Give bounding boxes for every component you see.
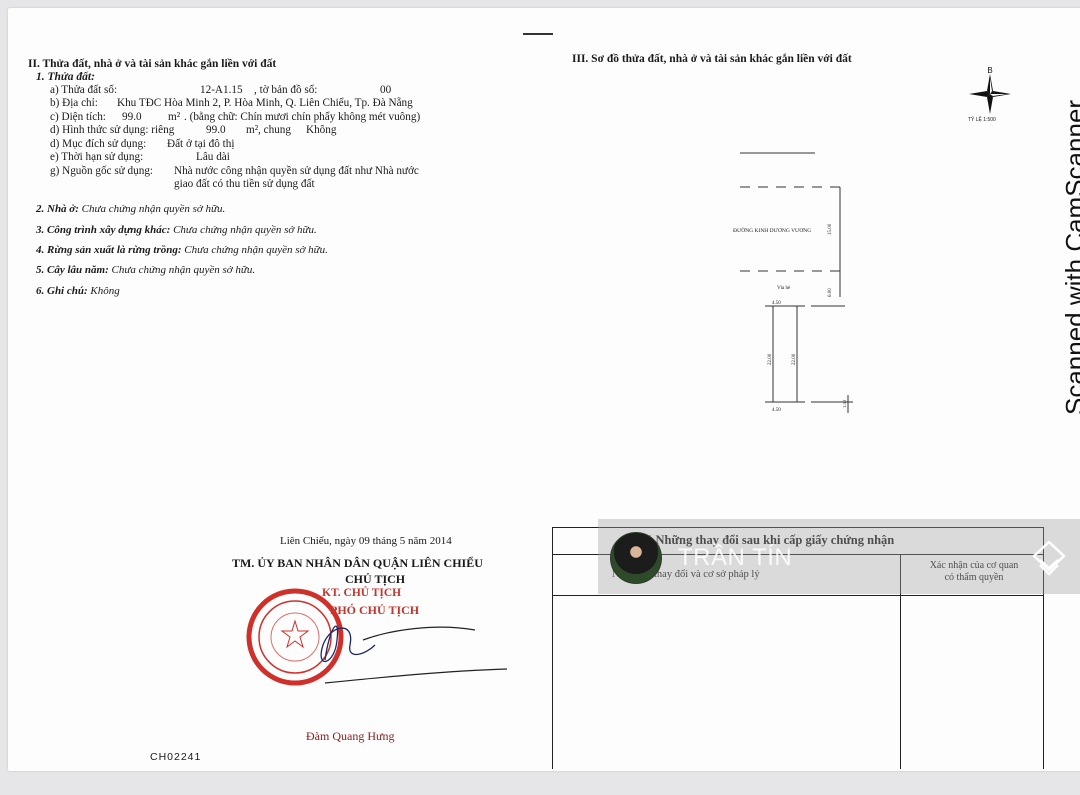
sidewalk-label: Vỉa hè [777, 286, 791, 291]
svg-text:4.50: 4.50 [772, 408, 781, 413]
perennial-label: 5. Cây lâu năm: [36, 264, 109, 276]
notes-label: 6. Ghi chú: [36, 285, 88, 297]
land-plot-diagram: ĐƯỜNG KINH DƯƠNG VƯƠNG 15.00 Vỉa hè 6.00… [725, 145, 875, 415]
address-value: Khu TĐC Hòa Minh 2, P. Hòa Minh, Q. Liên… [117, 97, 413, 109]
scale-label: TỶ LỆ 1:500 [968, 117, 996, 123]
land-number-value: 12-A1.15 [200, 84, 243, 96]
area-label: c) Diện tích: [50, 111, 106, 123]
svg-text:4.50: 4.50 [772, 301, 781, 306]
forest-label: 4. Rừng sản xuất là rừng trồng: [36, 244, 182, 256]
section3-title: III. Sơ đồ thửa đất, nhà ở và tài sản kh… [572, 53, 852, 65]
brand-logo-icon [1028, 538, 1070, 580]
official-seal-and-signature [245, 585, 525, 695]
camscanner-watermark: Scanned with CamScanner [1060, 30, 1080, 415]
house-value: Chưa chứng nhận quyền sở hữu. [82, 203, 226, 215]
land-number-label: a) Thửa đất số: [50, 84, 117, 96]
notes-value: Không [90, 285, 119, 297]
forest-value: Chưa chứng nhận quyền sở hữu. [184, 244, 328, 256]
svg-text:B: B [987, 66, 992, 75]
svg-text:6.00: 6.00 [828, 288, 833, 297]
road-name: ĐƯỜNG KINH DƯƠNG VƯƠNG [733, 226, 811, 234]
usage-shared-area: Không [306, 124, 336, 136]
construction-label: 3. Công trình xây dựng khác: [36, 224, 170, 236]
area-unit: m² [168, 111, 180, 123]
construction-value: Chưa chứng nhận quyền sở hữu. [173, 224, 317, 236]
house-item: 2. Nhà ở: Chưa chứng nhận quyền sở hữu. [36, 203, 225, 215]
watermark-name: TRẦN TÍN [678, 544, 792, 572]
map-sheet-label: , tờ bản đồ số: [254, 84, 317, 96]
term-value: Lâu dài [196, 151, 230, 163]
origin-value-line1: Nhà nước công nhận quyền sử dụng đất như… [174, 165, 419, 177]
purpose-label: d) Mục đích sử dụng: [50, 138, 146, 150]
forest-item: 4. Rừng sản xuất là rừng trồng: Chưa chứ… [36, 244, 328, 256]
perennial-value: Chưa chứng nhận quyền sở hữu. [111, 264, 255, 276]
serial-number: CH02241 [150, 751, 201, 763]
fold-mark [523, 33, 553, 35]
north-compass-icon: B [965, 64, 1015, 116]
usage-form-label: d) Hình thức sử dụng: riêng [50, 124, 174, 136]
place-date: Liên Chiểu, ngày 09 tháng 5 năm 2014 [280, 535, 452, 547]
issuing-organization: TM. ỦY BAN NHÂN DÂN QUẬN LIÊN CHIỂU [232, 556, 483, 571]
watermark-band [598, 519, 1080, 594]
map-sheet-value: 00 [380, 84, 391, 96]
origin-value-line2: giao đất có thu tiền sử dụng đất [174, 178, 315, 190]
profile-avatar [610, 532, 662, 584]
usage-private-area: 99.0 [206, 124, 226, 136]
purpose-value: Đất ở tại đô thị [167, 138, 234, 150]
area-words: . (bằng chữ: Chín mươi chín phẩy không m… [184, 111, 420, 123]
land-heading: 1. Thửa đất: [36, 71, 95, 83]
svg-text:22.00: 22.00 [792, 353, 797, 365]
svg-text:1.50: 1.50 [842, 399, 847, 408]
usage-unit: m², chung [246, 124, 291, 136]
svg-text:22.00: 22.00 [768, 353, 773, 365]
perennial-item: 5. Cây lâu năm: Chưa chứng nhận quyền sở… [36, 264, 255, 276]
area-value: 99.0 [122, 111, 142, 123]
svg-text:15.00: 15.00 [828, 223, 833, 235]
origin-label: g) Nguồn gốc sử dụng: [50, 165, 153, 177]
notes-item: 6. Ghi chú: Không [36, 285, 120, 297]
address-label: b) Địa chỉ: [50, 97, 98, 109]
construction-item: 3. Công trình xây dựng khác: Chưa chứng … [36, 224, 317, 236]
house-label: 2. Nhà ở: [36, 203, 79, 215]
section2-title: II. Thửa đất, nhà ở và tài sản khác gắn … [28, 58, 276, 70]
signer-name: Đàm Quang Hưng [306, 729, 395, 744]
term-label: e) Thời hạn sử dụng: [50, 151, 143, 163]
